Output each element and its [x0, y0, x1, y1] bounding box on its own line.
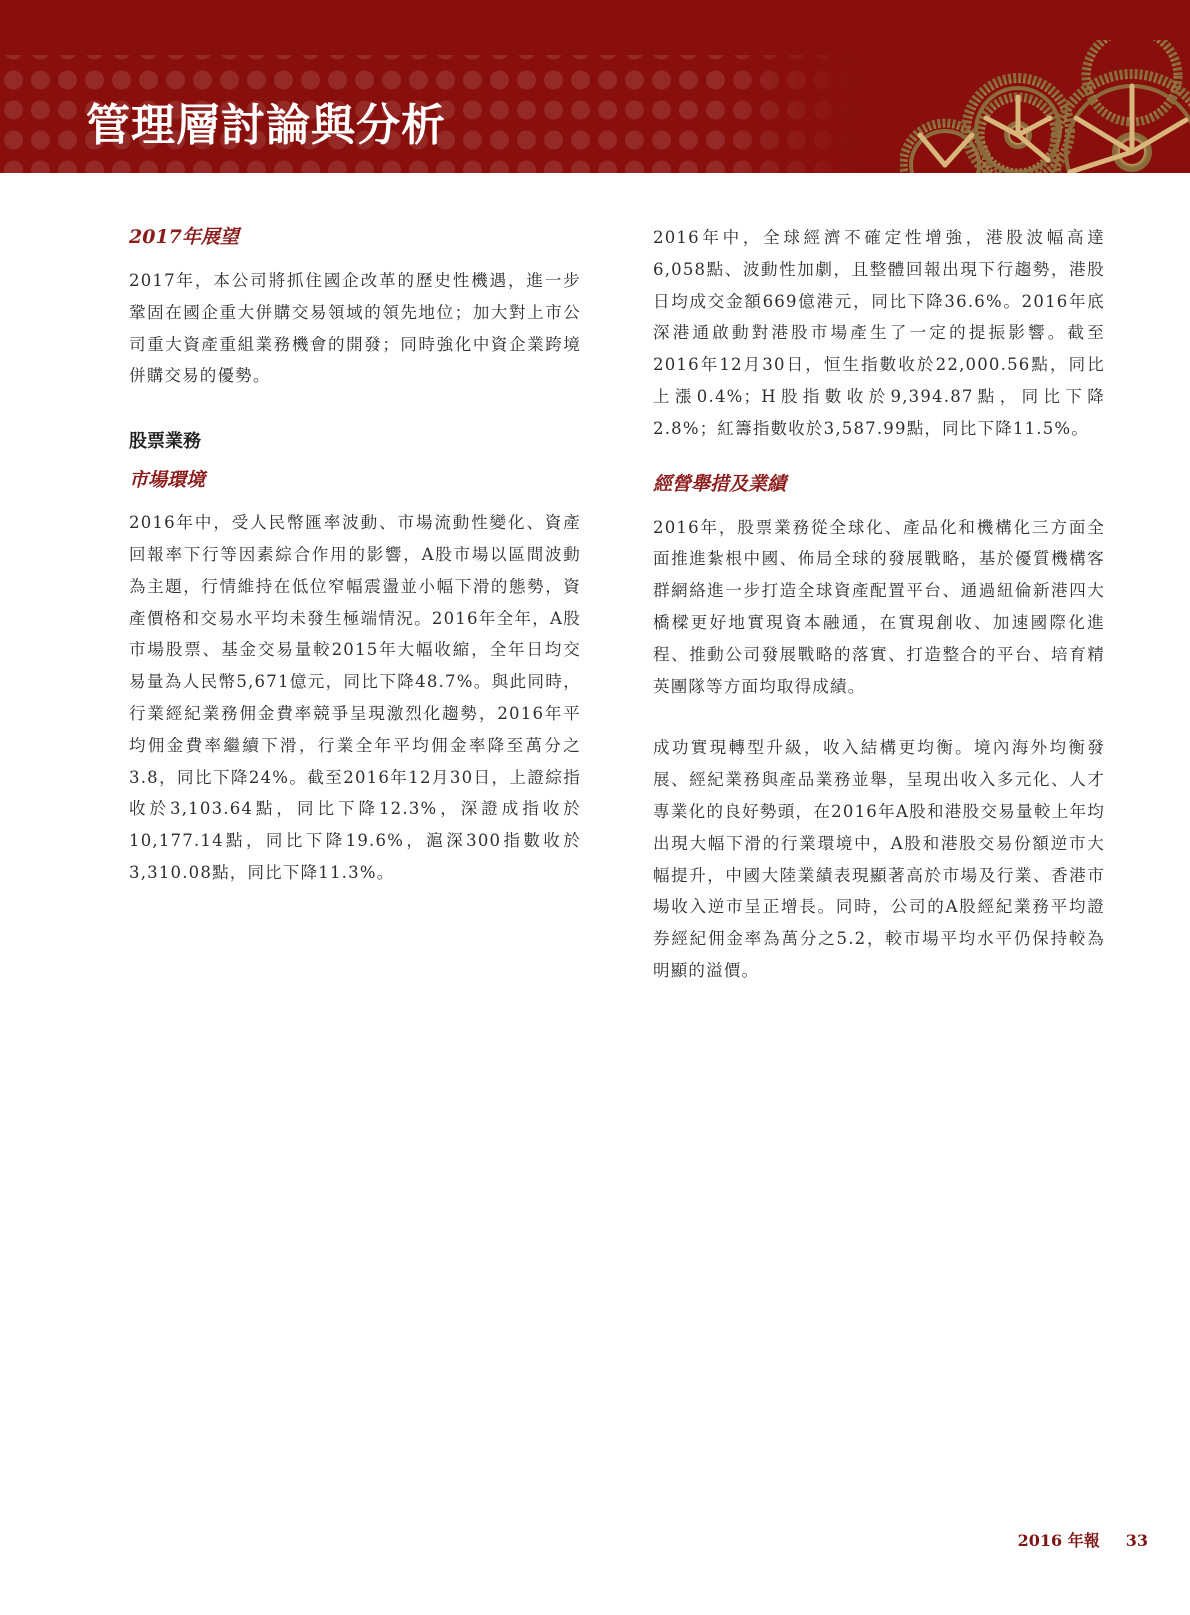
page-number: 33: [1126, 1531, 1148, 1550]
right-column: 2016年中，全球經濟不確定性增強，港股波幅高達6,058點、波動性加劇，且整體…: [653, 222, 1105, 987]
outlook-paragraph: 2017年，本公司將抓住國企改革的歷史性機遇，進一步鞏固在國企重大併購交易領域的…: [129, 265, 581, 392]
market-environment-paragraph: 2016年中，受人民幣匯率波動、市場流動性變化、資產回報率下行等因素綜合作用的影…: [129, 507, 581, 889]
gears-icon: [900, 40, 1190, 173]
equity-business-heading: 股票業務: [129, 429, 581, 455]
left-column: 2017年展望 2017年，本公司將抓住國企改革的歷史性機遇，進一步鞏固在國企重…: [129, 224, 581, 889]
market-environment-heading: 市場環境: [129, 467, 581, 493]
page-footer: 2016 年報 33: [1018, 1528, 1148, 1551]
page-banner: 管理層討論與分析: [0, 0, 1190, 173]
operations-paragraph-1: 2016年，股票業務從全球化、產品化和機構化三方面全面推進紮根中國、佈局全球的發…: [653, 512, 1105, 703]
outlook-heading: 2017年展望: [129, 224, 581, 250]
report-label: 2016 年報: [1018, 1528, 1100, 1551]
page-title: 管理層討論與分析: [86, 104, 446, 148]
operations-paragraph-2: 成功實現轉型升級，收入結構更均衡。境內海外均衡發展、經紀業務與產品業務並舉，呈現…: [653, 732, 1105, 986]
hk-market-paragraph: 2016年中，全球經濟不確定性增強，港股波幅高達6,058點、波動性加劇，且整體…: [653, 222, 1105, 445]
operations-heading: 經營舉措及業績: [653, 471, 1105, 497]
